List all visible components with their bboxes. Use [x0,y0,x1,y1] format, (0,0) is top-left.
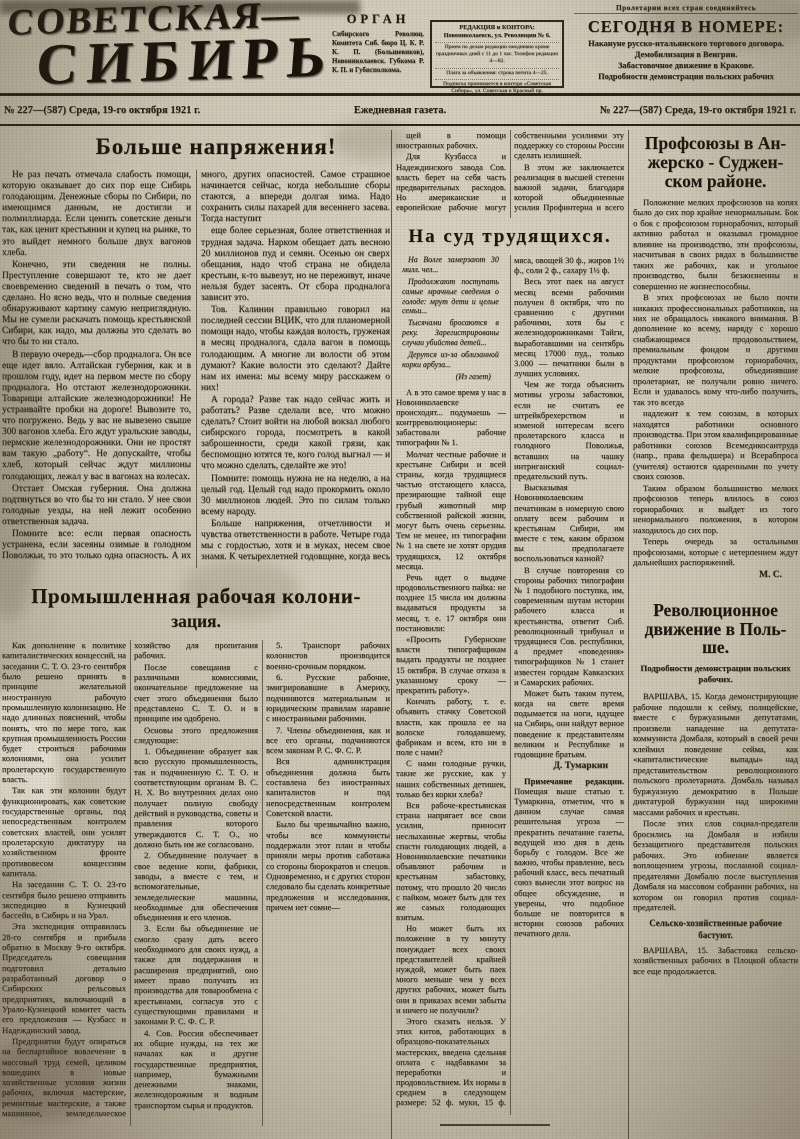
slogan: Пролетарии всех стран соединяйтесь [574,3,798,14]
epigraph-line: Дерутся из-за облизанной корки арбуза... [402,350,499,370]
paragraph: На заседании С. Т. О. 23-го сентября был… [2,879,126,920]
paragraph: Как дополнение к политике капиталистичес… [2,640,126,784]
signature: М. С. [633,570,798,582]
paragraph: Основы этого предложения следующие: [134,725,258,746]
article-body: Положение мелких профсоюзов на копях был… [633,197,798,597]
section-divider [440,1124,550,1126]
column-rule [391,130,392,1139]
dateline-bar: № 227—(587) Среда, 19-го октября 1921 г.… [0,93,800,126]
headline-kolonizatsiya-line1: Промышленная рабочая колони- [2,584,390,609]
issue-number-right: № 227—(587) Среда, 19-го октября 1921 г. [600,105,796,116]
office-details: Прием по делам редакции ежедневно кроме … [435,42,559,96]
editor-note-label: Примечание редакции. [524,776,624,786]
article-paragraphs: Не раз печать отмечала слабость помощи, … [2,170,390,568]
paragraph: Чем же тогда объяснить мотивы угрозы заб… [514,379,624,481]
office-address: РЕДАКЦИЯ и КОНТОРА: Новониколаевск, ул. … [435,24,559,40]
epigraph-line: На Волге замерзают 30 милл. чел... [402,255,499,275]
paragraph: Положение мелких профсоюзов на копях был… [633,197,798,291]
article-body: ВАРШАВА, 15. Когда демонстрирующие рабоч… [633,691,798,977]
paragraph: Конечно, эти сведения не полны. Преступл… [2,260,191,349]
paragraph: Было бы чрезвычайно важно, чтобы все ком… [266,819,390,912]
headline-line: ше. [633,638,798,657]
middle-column-zone: щей в помощи иностранных рабочих.Для Куз… [396,130,624,1139]
headline-na-sud-trudyashchikhsya: На суд трудящихся. [396,226,624,248]
paragraph: надлежит к тем союзам, в которых находят… [633,408,798,481]
paragraph: Так как эти колонии будут функционироват… [2,785,126,878]
epigraph-lines: На Волге замерзают 30 милл. чел...Продол… [402,255,499,370]
paragraph: Отстает Омская губерния. Она должна подт… [2,484,191,528]
headline-profsoyuzy: Профсоюзы в Ан-жерско - Суджен-ском райо… [633,134,798,191]
daily-label: Ежедневная газета. [354,105,446,116]
paragraph: Молчат честные рабочие и крестьяне Сибир… [396,449,506,571]
paragraph: Не раз печать отмечала слабость помощи, … [2,170,191,259]
headline-line: ском районе. [633,172,798,191]
article-paragraphs: А в это самое время у нас в Новониколаев… [396,255,624,1115]
article-bolshe-napryazheniya: Больше напряжения! Не раз печать отмечал… [2,130,390,576]
paragraph: еще более серьезная, более ответственная… [201,226,390,304]
headline-line: жерско - Суджен- [633,153,798,172]
paragraph: А в это самое время у нас в Новониколаев… [396,387,506,448]
article-paragraphs: Положение мелких профсоюзов на копях был… [633,197,798,568]
logo-line-2: СИБИРЬ [34,31,336,90]
article-rutgers-continuation: щей в помощи иностранных рабочих.Для Куз… [396,130,624,218]
today-in-issue-list: Накануне русско-итальянского торгового д… [574,39,798,83]
today-item: Накануне русско-итальянского торгового д… [574,39,798,50]
paragraph: «Просить Губернские власти типографщикам… [396,634,506,695]
masthead-right: Пролетарии всех стран соединяйтесь СЕГОД… [574,3,798,83]
paragraph: Но может быть их положение в ту минуту п… [396,923,506,1015]
paragraph: 7. Члены объединения, как и все его орга… [266,725,390,756]
today-item: Демобилизация в Венгрии. [574,50,798,61]
column-rule [628,130,629,1139]
article-paragraphs: ВАРШАВА, 15. Забастовка сельско-хозяйств… [633,945,798,976]
paragraph: 6. Русские рабочие, эмигрировавшие в Аме… [266,672,390,724]
paragraph: Теперь очередь за остальными профсоюзами… [633,536,798,567]
paragraph: 2. Объединение получает в свое ведение к… [134,850,258,922]
paragraph: А города? Разве так надо сейчас жить и р… [201,395,390,473]
organ-heading: ОРГАН [332,12,424,27]
paragraph: После этих слов социал-предатели бросили… [633,818,798,912]
today-in-issue-heading: СЕГОДНЯ В НОМЕРЕ: [574,17,798,37]
today-item: Подробности демонстрации польских рабочи… [574,72,798,83]
signature: Д. Тумаркин [514,761,624,772]
paragraph: Таким образом большинство мелких профсою… [633,483,798,535]
paragraph: щей в помощи иностранных рабочих. [396,130,506,150]
paragraph: В первую очередь—сбор продналога. Он все… [2,350,191,483]
organ-text: Сибирского Революц. Комитета Сиб. бюро Ц… [332,31,424,76]
article-kolonizatsiya: Промышленная рабочая колони- зация. Как … [2,576,390,1139]
epigraph-line: Тысячами бросаются в реку. Зарегистриров… [402,318,499,348]
paragraph: Весь этот паек на август месяц всеми раб… [514,276,624,378]
paragraph: ВАРШАВА, 15. Забастовка сельско-хозяйств… [633,945,798,976]
headline-kolonizatsiya-line2: зация. [2,611,390,632]
headline-polsha: Революционноедвижение в Поль-ше. [633,601,798,658]
paragraph: 5. Транспорт рабочих колонистов производ… [266,640,390,671]
headline-bolshe-napryazheniya: Больше напряжения! [42,134,390,160]
subhead-strike: Сельско-хозяйственные рабочие бастуют. [633,918,798,941]
editor-note-text: Помещая выше статью т. Тумаркина, отмети… [514,786,624,939]
office-line: Прием по делам редакции ежедневно кроме … [435,42,559,66]
today-item: Забастовочное движение в Кракове. [574,61,798,72]
headline-line: движение в Поль- [633,620,798,639]
paragraph: В случае повторения со стороны рабочих т… [514,565,624,687]
newspaper-logo: СОВЕТСКАЯ— СИБИРЬ [7,0,335,97]
paragraph: Кончать работу, т. е. объявить стачку Со… [396,696,506,757]
paragraph: Помните: помощь нужна не на неделю, а на… [201,474,390,518]
article-paragraphs: щей в помощи иностранных рабочих.Для Куз… [396,130,624,218]
newspaper-page: { "masthead": { "title1": "СОВЕТСКАЯ—", … [0,0,800,1139]
headline-line: Революционное [633,601,798,620]
epigraph-credit: (Из газет) [402,372,499,382]
epigraph-line: Продолжают поступать самые мрачные сведе… [402,277,499,317]
article-body: На Волге замерзают 30 милл. чел...Продол… [396,255,624,1115]
issue-number-left: № 227—(587) Среда, 19-го октября 1921 г. [4,105,200,116]
editor-note: Примечание редакции. Помещая выше статью… [514,776,624,939]
article-subtitle: Подробности демонстрации польских рабочи… [633,663,798,685]
article-paragraphs: Как дополнение к политике капиталистичес… [2,640,390,1126]
office-line: Плата за объявления: строка петита 4—25. [435,68,559,77]
paragraph: Высказывая Новониколаевским печатникам в… [514,482,624,564]
article-body: Не раз печать отмечала слабость помощи, … [2,170,390,568]
paragraph: 3. Если бы объединение не смогло сразу д… [134,923,258,1026]
paragraph: В этих профсоюзах не было почти никаких … [633,292,798,407]
paragraph: ВАРШАВА, 15. Когда демонстрирующие рабоч… [633,691,798,817]
epigraph: На Волге замерзают 30 милл. чел...Продол… [402,255,499,382]
right-column-zone: Профсоюзы в Ан-жерско - Суджен-ском райо… [633,130,798,1139]
article-paragraphs: ВАРШАВА, 15. Когда демонстрирующие рабоч… [633,691,798,912]
paragraph: Вся администрация объединения должна быт… [266,756,390,818]
paragraph: Вся рабоче-крестьянская страна напрягает… [396,800,506,922]
organ-block: ОРГАН Сибирского Революц. Комитета Сиб. … [332,12,424,76]
paragraph: Эта экспедиция отправилась 28-го сентябр… [2,921,126,1034]
paragraph: 4. Сов. Россия обеспечивает их общие нуж… [134,1028,258,1111]
paragraph: Тов. Калинин правильно говорил на послед… [201,305,390,394]
editorial-office-box: РЕДАКЦИЯ и КОНТОРА: Новониколаевск, ул. … [430,20,564,88]
article-body: Как дополнение к политике капиталистичес… [2,640,390,1126]
headline-line: Профсоюзы в Ан- [633,134,798,153]
paragraph: Речь идет о выдаче продовольственного па… [396,572,506,633]
paragraph: Может быть таким путем, когда на свете в… [514,688,624,759]
paragraph: 1. Объединение образует как всю русскую … [134,746,258,849]
newspaper-scan: СОВЕТСКАЯ— СИБИРЬ ОРГАН Сибирского Револ… [0,0,800,1139]
paragraph: С нами голодные ручки, такие же русские,… [396,758,506,799]
paragraph: После совещания с различными комиссиями,… [134,662,258,724]
